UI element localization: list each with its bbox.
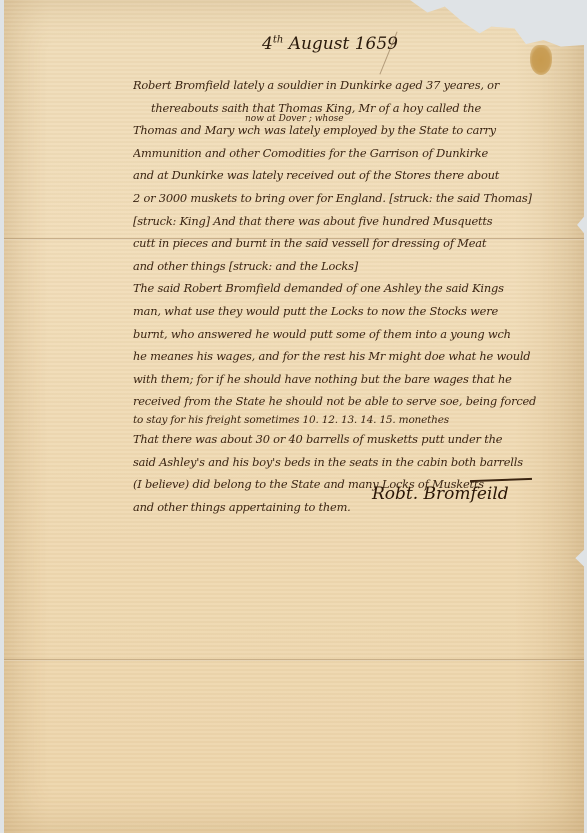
text-line: man, what use they would putt the Locks … <box>133 300 578 323</box>
text-line: thereabouts saith that Thomas King, Mr o… <box>133 97 578 120</box>
date-day: 4 <box>262 34 273 54</box>
text-line: with them; for if he should have nothing… <box>133 368 578 391</box>
date-month-year: August 1659 <box>289 34 398 54</box>
text-line: Thomas and Mary wch was lately employed … <box>133 119 578 142</box>
text-line: [struck: King] And that there was about … <box>133 210 578 233</box>
text-line: Robert Bromfield lately a souldier in Du… <box>133 74 578 97</box>
text-line: 2 or 3000 muskets to bring over for Engl… <box>133 187 578 210</box>
text-line: he meanes his wages, and for the rest hi… <box>133 345 578 368</box>
text-line: and at Dunkirke was lately received out … <box>133 164 578 187</box>
paper-fold-line <box>4 659 584 661</box>
document-date: 4th August 1659 <box>262 34 398 54</box>
text-line: cutt in pieces and burnt in the said ves… <box>133 232 578 255</box>
text-line: said Ashley's and his boy's beds in the … <box>133 451 578 474</box>
deposition-text: Robert Bromfield lately a souldier in Du… <box>133 74 578 518</box>
text-line: (I believe) did belong to the State and … <box>133 473 578 496</box>
signature: Robt. Bromfeild <box>372 484 509 504</box>
text-line: burnt, who answered he would putt some o… <box>133 323 578 346</box>
text-line: Ammunition and other Comodities for the … <box>133 142 578 165</box>
text-line: The said Robert Bromfield demanded of on… <box>133 277 578 300</box>
date-day-suffix: th <box>273 34 283 45</box>
ink-stain <box>530 45 552 75</box>
text-line: and other things [struck: and the Locks] <box>133 255 578 278</box>
text-line: to stay for his freight sometimes 10. 12… <box>133 413 578 428</box>
text-line: That there was about 30 or 40 barrells o… <box>133 428 578 451</box>
text-line: received from the State he should not be… <box>133 390 578 413</box>
text-line: and other things appertaining to them. <box>133 496 578 519</box>
